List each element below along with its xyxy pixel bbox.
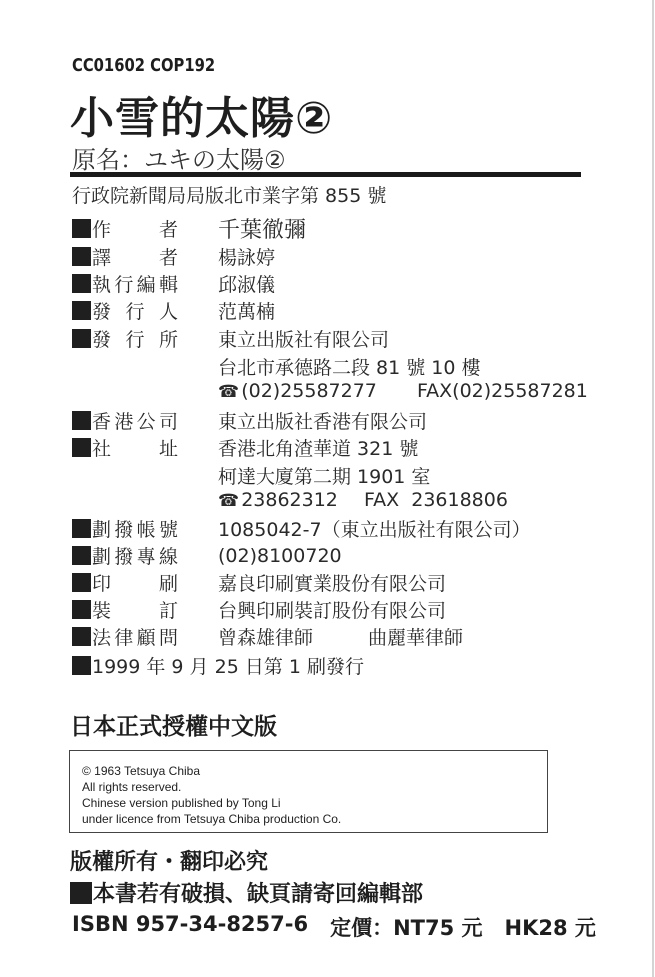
- publisher-phone: (02)25587277: [241, 380, 377, 402]
- credit-value: 千葉徹彌: [218, 213, 306, 244]
- bullet-square-icon: [70, 882, 92, 904]
- credit-row-hk-address: 社址 香港北角渣華道 321 號: [72, 435, 178, 460]
- credit-value: 曾森雄律師: [218, 623, 313, 650]
- credit-row-hk-office: 香港公司 東立出版社香港有限公司: [72, 408, 178, 433]
- credit-label: 劃撥帳號: [92, 515, 178, 542]
- bullet-square-icon: [72, 301, 91, 320]
- rights-reserved: 版權所有・翻印必究: [70, 845, 268, 876]
- phone-icon: ☎: [218, 491, 239, 511]
- hk-fax: FAX 23618806: [364, 489, 508, 511]
- credit-label: 發行人: [92, 297, 178, 324]
- bullet-square-icon: [72, 546, 91, 565]
- copyright-line: under licence from Tetsuya Chiba product…: [82, 811, 341, 827]
- publisher-fax: FAX(02)25587281: [417, 380, 588, 402]
- credit-value: 范萬楠: [218, 297, 275, 324]
- credit-label: 作者: [92, 215, 178, 242]
- credit-value: 嘉良印刷實業股份有限公司: [218, 569, 446, 596]
- credit-label: 執行編輯: [92, 270, 178, 297]
- book-title: 小雪的太陽②: [70, 82, 333, 146]
- original-title: 原名：ユキの太陽②: [72, 140, 286, 175]
- bullet-square-icon: [72, 219, 91, 238]
- credit-value: 香港北角渣華道 321 號: [218, 434, 418, 461]
- credit-value: 1085042-7（東立出版社有限公司）: [218, 515, 531, 542]
- bullet-square-icon: [72, 274, 91, 293]
- price-nt: 定價：NT75 元: [330, 912, 482, 942]
- phone-icon: ☎: [218, 382, 239, 402]
- credit-label: 印刷: [92, 569, 178, 596]
- bullet-square-icon: [72, 656, 91, 675]
- credit-row-legal-counsel: 法律顧問 曾森雄律師 曲麗華律師: [72, 624, 178, 649]
- bullet-square-icon: [72, 329, 91, 348]
- page-edge: [652, 0, 654, 977]
- credit-label: 發行所: [92, 325, 178, 352]
- copyright-line: All rights reserved.: [82, 779, 341, 795]
- copyright-box: © 1963 Tetsuya Chiba All rights reserved…: [69, 750, 548, 833]
- bullet-square-icon: [72, 411, 91, 430]
- credit-value: 台興印刷裝訂股份有限公司: [218, 596, 446, 623]
- catalog-code: CC01602 COP192: [72, 55, 215, 76]
- credit-label: 社址: [92, 434, 178, 461]
- credit-row-publisher-person: 發行人 范萬楠: [72, 298, 178, 323]
- credit-row-translator: 譯者 楊詠婷: [72, 244, 178, 269]
- isbn-price-row: ISBN 957-34-8257-6 定價：NT75 元 HK28 元: [72, 912, 618, 942]
- publisher-contact: ☎(02)25587277 FAX(02)25587281: [218, 380, 588, 402]
- price-hk: HK28 元: [505, 912, 596, 942]
- credit-row-publisher: 發行所 東立出版社有限公司: [72, 326, 178, 351]
- authorization-notice: 日本正式授權中文版: [70, 708, 277, 741]
- bullet-square-icon: [72, 519, 91, 538]
- hk-contact: ☎23862312 FAX 23618806: [218, 489, 508, 511]
- credit-value: 邱淑儀: [218, 270, 275, 297]
- hk-address-line2: 柯達大廈第二期 1901 室: [218, 462, 430, 489]
- bullet-square-icon: [72, 247, 91, 266]
- title-divider: [70, 172, 581, 177]
- isbn: ISBN 957-34-8257-6: [72, 912, 308, 942]
- damage-notice-text: 本書若有破損、缺頁請寄回編輯部: [93, 877, 423, 908]
- credit-value: 東立出版社香港有限公司: [218, 407, 427, 434]
- credit-value: (02)8100720: [218, 545, 342, 567]
- bullet-square-icon: [72, 627, 91, 646]
- credit-value-2: 曲麗華律師: [368, 623, 463, 650]
- credit-row-binder: 裝訂 台興印刷裝訂股份有限公司: [72, 597, 178, 622]
- publisher-street: 台北市承德路二段 81 號 10 樓: [218, 353, 481, 380]
- publication-date-row: 1999 年 9 月 25 日第 1 刷發行: [72, 652, 364, 679]
- credit-row-postal-account: 劃撥帳號 1085042-7（東立出版社有限公司）: [72, 516, 178, 541]
- credit-row-printer: 印刷 嘉良印刷實業股份有限公司: [72, 570, 178, 595]
- credit-row-editor: 執行編輯 邱淑儀: [72, 271, 178, 296]
- credit-label: 香港公司: [92, 407, 178, 434]
- bullet-square-icon: [72, 573, 91, 592]
- copyright-line: Chinese version published by Tong Li: [82, 795, 341, 811]
- credit-label: 裝訂: [92, 596, 178, 623]
- damage-notice: 本書若有破損、缺頁請寄回編輯部: [70, 877, 423, 908]
- credit-row-postal-line: 劃撥專線 (02)8100720: [72, 543, 178, 568]
- bullet-square-icon: [72, 438, 91, 457]
- credit-label: 劃撥專線: [92, 542, 178, 569]
- credit-row-author: 作者 千葉徹彌: [72, 216, 178, 241]
- credit-value: 東立出版社有限公司: [218, 325, 389, 352]
- publication-date: 1999 年 9 月 25 日第 1 刷發行: [92, 652, 364, 679]
- license-number: 行政院新聞局局版北市業字第 855 號: [72, 181, 386, 208]
- copyright-line: © 1963 Tetsuya Chiba: [82, 763, 341, 779]
- hk-phone: 23862312: [241, 489, 338, 511]
- credit-value: 楊詠婷: [218, 243, 275, 270]
- credit-label: 法律顧問: [92, 623, 178, 650]
- bullet-square-icon: [72, 600, 91, 619]
- credit-label: 譯者: [92, 243, 178, 270]
